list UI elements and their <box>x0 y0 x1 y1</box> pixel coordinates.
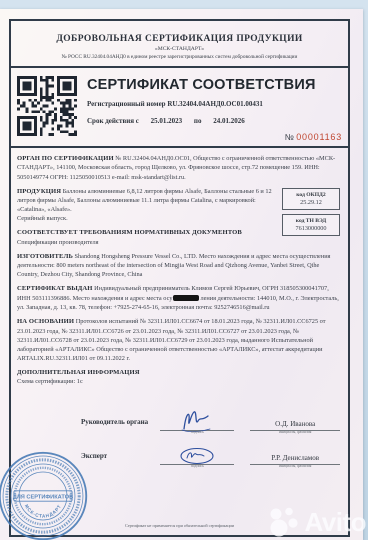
okpd2-code-box: код ОКПД2 25.29.12 <box>282 188 340 210</box>
section-issued-to: СЕРТИФИКАТ ВЫДАН Индивидуальный предприн… <box>17 284 340 312</box>
section-text: Спецификации производителя <box>17 239 99 246</box>
certificate-body: ОРГАН ПО СЕРТИФИКАЦИИ № RU.32404.04АНД0.… <box>11 148 348 465</box>
valid-from-date: 25.01.2023 <box>151 117 183 125</box>
listing-photo: ДОБРОВОЛЬНАЯ СЕРТИФИКАЦИЯ ПРОДУКЦИИ «МСК… <box>0 0 368 540</box>
certificate-title: СЕРТИФИКАТ СООТВЕТСТВИЯ <box>87 77 340 93</box>
head-signature-icon <box>177 408 217 432</box>
tnved-value: 7613000000 <box>284 225 338 234</box>
qr-code-icon <box>17 76 77 136</box>
validity-prefix: Срок действия с <box>87 117 139 125</box>
signature-row-head: Руководитель органа подпись О.Д. Иванова… <box>81 408 340 431</box>
section-label: ДОПОЛНИТЕЛЬНАЯ ИНФОРМАЦИЯ <box>17 369 140 376</box>
validity-mid: по <box>194 117 202 125</box>
certificate-paper: ДОБРОВОЛЬНАЯ СЕРТИФИКАЦИЯ ПРОДУКЦИИ «МСК… <box>0 9 363 540</box>
signature-caption: подпись <box>160 430 234 435</box>
svg-text:МСК-СТАНДАРТ: МСК-СТАНДАРТ <box>24 504 62 519</box>
name-caption: инициалы, фамилия <box>250 430 340 435</box>
header-registry-number: № РОСС RU.32404.04АНД0 в едином реестре … <box>19 54 340 60</box>
certificate-header: ДОБРОВОЛЬНАЯ СЕРТИФИКАЦИЯ ПРОДУКЦИИ «МСК… <box>11 21 348 68</box>
avito-logo-icon <box>267 505 303 539</box>
serial-number: 00001163 <box>296 132 342 142</box>
expert-signature-icon <box>177 446 217 466</box>
title-column: СЕРТИФИКАТ СООТВЕТСТВИЯ Регистрационный … <box>87 76 340 142</box>
section-text: Схема сертификации: 1с <box>17 378 83 385</box>
validity-period: Срок действия с 25.01.2023 по 24.01.2026 <box>87 117 340 125</box>
section-additional-info: ДОПОЛНИТЕЛЬНАЯ ИНФОРМАЦИЯ Схема сертифик… <box>17 368 340 387</box>
section-label: ПРОДУКЦИЯ <box>17 188 61 195</box>
role-label: Руководитель органа <box>81 418 160 431</box>
title-section: СЕРТИФИКАТ СООТВЕТСТВИЯ Регистрационный … <box>11 68 348 148</box>
section-label: ИЗГОТОВИТЕЛЬ <box>17 253 73 260</box>
okpd2-value: 25.29.12 <box>284 199 338 208</box>
head-name: О.Д. Иванова <box>275 420 315 428</box>
valid-to-date: 24.01.2026 <box>213 117 245 125</box>
round-stamp-icon: ДЛЯ СЕРТИФИКАТОВ МСК-СТАНДАРТ <box>0 449 90 540</box>
section-manufacturer: ИЗГОТОВИТЕЛЬ Shandong Hongsheng Pressure… <box>17 252 340 280</box>
section-label: НА ОСНОВАНИИ <box>17 318 74 325</box>
stamp-arc-text: МСК-СТАНДАРТ <box>24 504 62 519</box>
tnved-label: код ТН ВЭД <box>284 217 338 225</box>
name-field: О.Д. Иванова инициалы, фамилия <box>250 420 340 431</box>
stamp-center-text: ДЛЯ СЕРТИФИКАТОВ <box>13 494 73 500</box>
avito-watermark: Avito <box>267 505 366 539</box>
okpd2-label: код ОКПД2 <box>284 191 338 199</box>
name-field: Р.Р. Денисламов инициалы, фамилия <box>250 454 340 465</box>
certificate-serial: № 00001163 <box>285 132 342 142</box>
section-label: ОРГАН ПО СЕРТИФИКАЦИИ <box>17 155 114 162</box>
code-boxes: код ОКПД2 25.29.12 код ТН ВЭД 7613000000 <box>282 188 340 240</box>
section-production: код ОКПД2 25.29.12 код ТН ВЭД 7613000000… <box>17 187 340 224</box>
section-basis: НА ОСНОВАНИИ Протоколов испытаний № 3231… <box>17 317 340 363</box>
serial-label: № <box>285 132 294 142</box>
signature-row-expert: Эксперт подпись Р.Р. Денисламов инициалы… <box>81 446 340 465</box>
serial-production-note: Серийный выпуск. <box>17 215 68 222</box>
section-label: СООТВЕТСТВУЕТ ТРЕБОВАНИЯМ НОРМАТИВНЫХ ДО… <box>17 229 242 236</box>
redaction-mark <box>173 295 199 301</box>
header-system-name: «МСК-СТАНДАРТ» <box>19 46 340 52</box>
signature-caption: подпись <box>160 464 234 469</box>
section-certification-body: ОРГАН ПО СЕРТИФИКАЦИИ № RU.32404.04АНД0.… <box>17 154 340 182</box>
signature-field: подпись <box>160 446 234 465</box>
avito-wordmark: Avito <box>304 507 366 538</box>
registration-number: Регистрационный номер RU.32404.04АНД0.ОС… <box>87 100 340 108</box>
header-title: ДОБРОВОЛЬНАЯ СЕРТИФИКАЦИЯ ПРОДУКЦИИ <box>19 34 340 44</box>
signature-block: Руководитель органа подпись О.Д. Иванова… <box>81 408 340 465</box>
expert-name: Р.Р. Денисламов <box>271 454 319 462</box>
signature-field: подпись <box>160 408 234 431</box>
role-label: Эксперт <box>81 452 160 465</box>
tnved-code-box: код ТН ВЭД 7613000000 <box>282 214 340 236</box>
name-caption: инициалы, фамилия <box>250 464 340 469</box>
section-label: СЕРТИФИКАТ ВЫДАН <box>17 285 93 292</box>
